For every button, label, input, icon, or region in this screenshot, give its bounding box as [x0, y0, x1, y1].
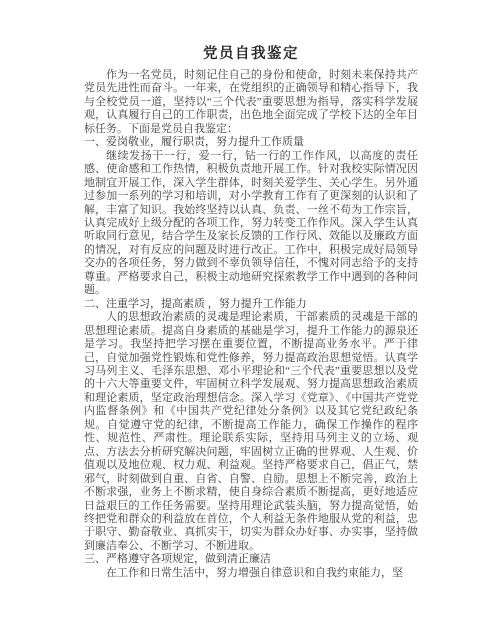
paragraph-section-3: 在工作和日常生活中，努力增强自律意识和自我约束能力，坚 [84, 567, 418, 580]
document-title: 党员自我鉴定 [84, 42, 418, 63]
paragraph-section-1: 继续发扬干一行，爱一行，钻一行的工作作风，以高度的责任感、使命感和工作热情，积极… [84, 150, 418, 298]
paragraph-section-2: 人的思想政治素质的灵魂是理论素质，干部素质的灵魂是干部的思想理论素质。提高自身素… [84, 311, 418, 553]
section-heading-2: 二、注重学习，提高素质 ，努力提升工作能力 [84, 298, 418, 311]
document-page: 党员自我鉴定 作为一名党员，时刻记住自己的身份和使命，时刻未来保持共产党员先进性… [0, 0, 500, 625]
section-heading-1: 一、爱岗敬业，履行职责，努力提升工作质量 [84, 136, 418, 149]
section-heading-3: 三、严格遵守各项规定，做到清正廉洁 [84, 553, 418, 566]
paragraph-intro: 作为一名党员，时刻记住自己的身份和使命，时刻未来保持共产党员先进性而奋斗。一年来… [84, 69, 418, 136]
